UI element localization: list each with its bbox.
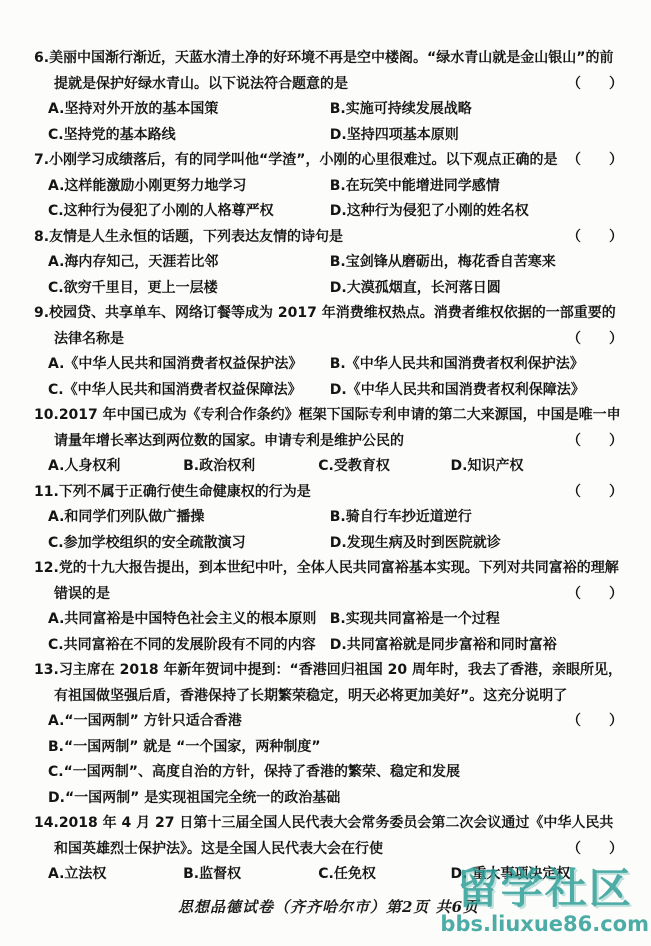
option-text: A.海内存知己，天涯若比邻 <box>48 254 218 270</box>
option-B: B.政治权利 <box>183 454 318 480</box>
answer-bracket: （ ） <box>567 582 623 608</box>
options: A.人身权利B.政治权利C.受教育权D.知识产权 <box>34 454 623 480</box>
question-stem: 14.2018 年 4 月 27 日第十三届全国人民代表大会常务委员会第二次会议… <box>34 811 623 862</box>
option-text: D.这种行为侵犯了小刚的姓名权 <box>330 203 529 219</box>
option-text: C.《中华人民共和国消费者权益保障法》 <box>48 382 302 398</box>
option-B: B.实施可持续发展战略 <box>330 97 623 123</box>
option-text: D.知识产权 <box>451 458 524 474</box>
option-A: A.海内存知己，天涯若比邻 <box>48 250 330 276</box>
question-number: 12. <box>34 560 59 576</box>
page-footer: 思想品德试卷（齐齐哈尔市）第2页 共6页 <box>178 898 479 916</box>
option-text: C.参加学校组织的安全疏散演习 <box>48 535 246 551</box>
question-7: 7.小刚学习成绩落后，有的同学叫他“学渣”，小刚的心里很难过。以下观点正确的是（… <box>34 148 623 225</box>
answer-bracket: （ ） <box>567 480 623 506</box>
option-D: D.“一国两制” 是实现祖国完全统一的政治基础 <box>48 786 623 812</box>
option-C: C.“一国两制”、高度自治的方针，保持了香港的繁荣、稳定和发展 <box>48 760 623 786</box>
options: A.《中华人民共和国消费者权益保护法》B.《中华人民共和国消费者权利保护法》C.… <box>34 352 623 403</box>
option-text: B.“一国两制” 就是 “一个国家，两种制度” <box>48 739 321 755</box>
option-D: D.《中华人民共和国消费者权利保障法》 <box>330 378 623 404</box>
question-text: 小刚学习成绩落后，有的同学叫他“学渣”，小刚的心里很难过。以下观点正确的是 <box>49 152 557 168</box>
option-text: C.坚持党的基本路线 <box>48 127 176 143</box>
question-stem: 12.党的十九大报告提出，到本世纪中叶，全体人民共同富裕基本实现。下列对共同富裕… <box>34 556 623 607</box>
question-text: 习主席在 2018 年新年贺词中提到：“香港回归祖国 20 周年时，我去了香港，… <box>54 662 622 704</box>
option-B: B.监督权 <box>183 862 318 888</box>
option-text: A.和同学们列队做广播操 <box>48 509 204 525</box>
question-list: 6.美丽中国渐行渐近，天蓝水清土净的好环境不再是空中楼阁。“绿水青山就是金山银山… <box>34 46 623 888</box>
option-text: B.宝剑锋从磨砺出，梅花香自苦寒来 <box>330 254 556 270</box>
option-A: A.共同富裕是中国特色社会主义的根本原则 <box>48 607 330 633</box>
option-B: B.骑自行车抄近道逆行 <box>330 505 623 531</box>
question-9: 9.校园贷、共享单车、网络订餐等成为 2017 年消费维权热点。消费者维权依据的… <box>34 301 623 403</box>
option-text: C.欲穷千里目，更上一层楼 <box>48 280 218 296</box>
options: A.共同富裕是中国特色社会主义的根本原则B.实现共同富裕是一个过程C.共同富裕在… <box>34 607 623 658</box>
option-C: C.欲穷千里目，更上一层楼 <box>48 276 330 302</box>
option-text: B.政治权利 <box>183 458 255 474</box>
question-number: 9. <box>34 305 49 321</box>
question-text: 友情是人生永恒的话题，下列表达友情的诗句是 <box>49 229 343 245</box>
answer-bracket: （ ） <box>567 148 623 174</box>
option-A: A.立法权 <box>48 862 183 888</box>
option-text: A.这样能激励小刚更努力地学习 <box>48 178 246 194</box>
option-text: D.发现生病及时到医院就诊 <box>330 535 501 551</box>
option-D: D.发现生病及时到医院就诊 <box>330 531 623 557</box>
option-C: C.《中华人民共和国消费者权益保障法》 <box>48 378 330 404</box>
option-text: C.任免权 <box>318 866 376 882</box>
question-number: 8. <box>34 229 49 245</box>
question-stem: 13.习主席在 2018 年新年贺词中提到：“香港回归祖国 20 周年时，我去了… <box>34 658 623 709</box>
option-text: C.这种行为侵犯了小刚的人格尊严权 <box>48 203 274 219</box>
option-text: A.坚持对外开放的基本国策 <box>48 101 218 117</box>
options: A.坚持对外开放的基本国策B.实施可持续发展战略C.坚持党的基本路线D.坚持四项… <box>34 97 623 148</box>
question-number: 14. <box>34 815 59 831</box>
answer-bracket: （ ） <box>567 709 623 735</box>
question-6: 6.美丽中国渐行渐近，天蓝水清土净的好环境不再是空中楼阁。“绿水青山就是金山银山… <box>34 46 623 148</box>
question-number: 13. <box>34 662 59 678</box>
option-text: D.坚持四项基本原则 <box>330 127 459 143</box>
options: A.和同学们列队做广播操B.骑自行车抄近道逆行C.参加学校组织的安全疏散演习D.… <box>34 505 623 556</box>
option-text: A.人身权利 <box>48 458 120 474</box>
option-B: B.《中华人民共和国消费者权利保护法》 <box>330 352 623 378</box>
option-text: B.实施可持续发展战略 <box>330 101 472 117</box>
option-D: D.共同富裕就是同步富裕和同时富裕 <box>330 633 623 659</box>
question-text: 下列不属于正确行使生命健康权的行为是 <box>59 484 311 500</box>
question-13: 13.习主席在 2018 年新年贺词中提到：“香港回归祖国 20 周年时，我去了… <box>34 658 623 811</box>
question-10: 10.2017 年中国已成为《专利合作条约》框架下国际专利申请的第二大来源国，中… <box>34 403 623 480</box>
option-text: B.实现共同富裕是一个过程 <box>330 611 500 627</box>
options: A.这样能激励小刚更努力地学习B.在玩笑中能增进同学感情C.这种行为侵犯了小刚的… <box>34 174 623 225</box>
option-text: C.共同富裕在不同的发展阶段有不同的内容 <box>48 637 316 653</box>
options: A.“一国两制” 方针只适合香港（ ）B.“一国两制” 就是 “一个国家，两种制… <box>34 709 623 811</box>
option-C: C.坚持党的基本路线 <box>48 123 330 149</box>
question-text: 校园贷、共享单车、网络订餐等成为 2017 年消费维权热点。消费者维权依据的一部… <box>49 305 616 347</box>
option-text: C.受教育权 <box>318 458 390 474</box>
option-text: B.在玩笑中能增进同学感情 <box>330 178 500 194</box>
option-text: D. 重大事项决定权 <box>451 866 571 882</box>
exam-page: 6.美丽中国渐行渐近，天蓝水清土净的好环境不再是空中楼阁。“绿水青山就是金山银山… <box>0 0 651 946</box>
question-number: 10. <box>34 407 59 423</box>
options: A.立法权B.监督权C.任免权D. 重大事项决定权 <box>34 862 623 888</box>
option-A: A.和同学们列队做广播操 <box>48 505 330 531</box>
option-C: C.参加学校组织的安全疏散演习 <box>48 531 330 557</box>
answer-bracket: （ ） <box>567 72 623 98</box>
option-C: C.受教育权 <box>318 454 450 480</box>
question-stem: 6.美丽中国渐行渐近，天蓝水清土净的好环境不再是空中楼阁。“绿水青山就是金山银山… <box>34 46 623 97</box>
option-B: B.“一国两制” 就是 “一个国家，两种制度” <box>48 735 623 761</box>
option-text: D.共同富裕就是同步富裕和同时富裕 <box>330 637 557 653</box>
option-D: D.知识产权 <box>451 454 624 480</box>
question-text: 2018 年 4 月 27 日第十三届全国人民代表大会常务委员会第二次会议通过《… <box>54 815 613 857</box>
answer-bracket: （ ） <box>567 327 623 353</box>
question-8: 8.友情是人生永恒的话题，下列表达友情的诗句是（ ）A.海内存知己，天涯若比邻B… <box>34 225 623 302</box>
option-text: C.“一国两制”、高度自治的方针，保持了香港的繁荣、稳定和发展 <box>48 764 460 780</box>
question-14: 14.2018 年 4 月 27 日第十三届全国人民代表大会常务委员会第二次会议… <box>34 811 623 888</box>
question-text: 美丽中国渐行渐近，天蓝水清土净的好环境不再是空中楼阁。“绿水青山就是金山银山”的… <box>49 50 613 92</box>
option-D: D. 重大事项决定权 <box>451 862 624 888</box>
option-B: B.实现共同富裕是一个过程 <box>330 607 623 633</box>
question-number: 7. <box>34 152 49 168</box>
option-text: A.立法权 <box>48 866 106 882</box>
option-text: D.“一国两制” 是实现祖国完全统一的政治基础 <box>48 790 340 806</box>
option-text: B.监督权 <box>183 866 241 882</box>
option-A: A.这样能激励小刚更努力地学习 <box>48 174 330 200</box>
option-D: D.坚持四项基本原则 <box>330 123 623 149</box>
option-C: C.共同富裕在不同的发展阶段有不同的内容 <box>48 633 330 659</box>
answer-bracket: （ ） <box>567 225 623 251</box>
option-A: A.坚持对外开放的基本国策 <box>48 97 330 123</box>
answer-bracket: （ ） <box>567 429 623 455</box>
footer-row: 思想品德试卷（齐齐哈尔市）第2页 共6页 <box>34 896 623 917</box>
option-text: A.《中华人民共和国消费者权益保护法》 <box>48 356 302 372</box>
option-text: D.大漠孤烟直，长河落日圆 <box>330 280 501 296</box>
option-A: A.“一国两制” 方针只适合香港（ ） <box>48 709 623 735</box>
question-number: 6. <box>34 50 49 66</box>
option-B: B.宝剑锋从磨砺出，梅花香自苦寒来 <box>330 250 623 276</box>
option-C: C.这种行为侵犯了小刚的人格尊严权 <box>48 199 330 225</box>
option-B: B.在玩笑中能增进同学感情 <box>330 174 623 200</box>
question-stem: 7.小刚学习成绩落后，有的同学叫他“学渣”，小刚的心里很难过。以下观点正确的是（… <box>34 148 623 174</box>
option-A: A.人身权利 <box>48 454 183 480</box>
option-D: D.大漠孤烟直，长河落日圆 <box>330 276 623 302</box>
question-stem: 10.2017 年中国已成为《专利合作条约》框架下国际专利申请的第二大来源国，中… <box>34 403 623 454</box>
question-stem: 8.友情是人生永恒的话题，下列表达友情的诗句是（ ） <box>34 225 623 251</box>
option-A: A.《中华人民共和国消费者权益保护法》 <box>48 352 330 378</box>
question-number: 11. <box>34 484 59 500</box>
question-text: 2017 年中国已成为《专利合作条约》框架下国际专利申请的第二大来源国，中国是唯… <box>54 407 621 449</box>
question-stem: 9.校园贷、共享单车、网络订餐等成为 2017 年消费维权热点。消费者维权依据的… <box>34 301 623 352</box>
question-text: 党的十九大报告提出，到本世纪中叶，全体人民共同富裕基本实现。下列对共同富裕的理解… <box>54 560 619 602</box>
option-text: A.“一国两制” 方针只适合香港 <box>48 713 242 729</box>
question-12: 12.党的十九大报告提出，到本世纪中叶，全体人民共同富裕基本实现。下列对共同富裕… <box>34 556 623 658</box>
option-text: D.《中华人民共和国消费者权利保障法》 <box>330 382 585 398</box>
option-text: B.《中华人民共和国消费者权利保护法》 <box>330 356 584 372</box>
option-text: B.骑自行车抄近道逆行 <box>330 509 472 525</box>
option-D: D.这种行为侵犯了小刚的姓名权 <box>330 199 623 225</box>
question-11: 11.下列不属于正确行使生命健康权的行为是（ ）A.和同学们列队做广播操B.骑自… <box>34 480 623 557</box>
option-text: A.共同富裕是中国特色社会主义的根本原则 <box>48 611 316 627</box>
options: A.海内存知己，天涯若比邻B.宝剑锋从磨砺出，梅花香自苦寒来C.欲穷千里目，更上… <box>34 250 623 301</box>
answer-bracket: （ ） <box>567 837 623 863</box>
question-stem: 11.下列不属于正确行使生命健康权的行为是（ ） <box>34 480 623 506</box>
option-C: C.任免权 <box>318 862 450 888</box>
